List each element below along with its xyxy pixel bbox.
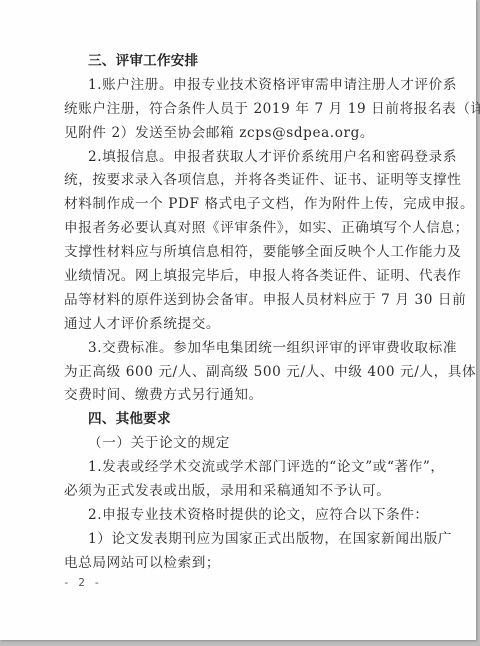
paragraph-line: 2.申报专业技术资格时提供的论文，应符合以下条件： [64,504,414,528]
paragraph-line: 交费时间、缴费方式另行通知。 [64,384,414,408]
paragraph-line: 统账户注册，符合条件人员于 2019 年 7 月 19 日前将报名表（详 [64,98,414,122]
page-number: - 2 - [63,576,101,589]
document-page: 三、评审工作安排 1.账户注册。申报专业技术资格评审需申请注册人才评价系 统账户… [0,0,476,640]
paragraph-line: 1.发表或经学术交流或学术部门评选的“论文”或“著作”， [64,456,414,480]
paragraph-line: 业绩情况。网上填报完毕后，申报人将各类证件、证明、代表作 [64,265,414,289]
subsection-heading-thesis-rules: （一）关于论文的规定 [64,432,414,456]
paragraph-line: 申报者务必要认真对照《评审条件》，如实、正确填写个人信息； [64,217,414,241]
paragraph-line: 见附件 2）发送至协会邮箱 zcps@sdpea.org。 [64,122,414,146]
section-heading-review-arrangement: 三、评审工作安排 [64,50,414,74]
document-body: 三、评审工作安排 1.账户注册。申报专业技术资格评审需申请注册人才评价系 统账户… [64,50,414,576]
paragraph-line: 品等材料的原件送到协会备审。申报人员材料应于 7 月 30 日前 [64,289,414,313]
paragraph-line: 统，按要求录入各项信息，并将各类证件、证书、证明等支撑性 [64,169,414,193]
paragraph-line: 支撑性材料应与所填信息相符，要能够全面反映个人工作能力及 [64,241,414,265]
paragraph-line: 必须为正式发表或出版，录用和采稿通知不予认可。 [64,480,414,504]
paragraph-line: 1.账户注册。申报专业技术资格评审需申请注册人才评价系 [64,74,414,98]
paragraph-line: 为正高级 600 元/人、副高级 500 元/人、中级 400 元/人，具体 [64,361,414,385]
section-heading-other-requirements: 四、其他要求 [64,408,414,432]
paragraph-line: 1）论文发表期刊应为国家正式出版物，在国家新闻出版广 [64,528,414,552]
paragraph-line: 2.填报信息。申报者获取人才评价系统用户名和密码登录系 [64,146,414,170]
paragraph-line: 材料制作成一个 PDF 格式电子文档，作为附件上传，完成申报。 [64,193,414,217]
paragraph-line: 通过人才评价系统提交。 [64,313,414,337]
paragraph-line: 3.交费标准。参加华电集团统一组织评审的评审费收取标准 [64,337,414,361]
paragraph-line: 电总局网站可以检索到； [64,552,414,576]
